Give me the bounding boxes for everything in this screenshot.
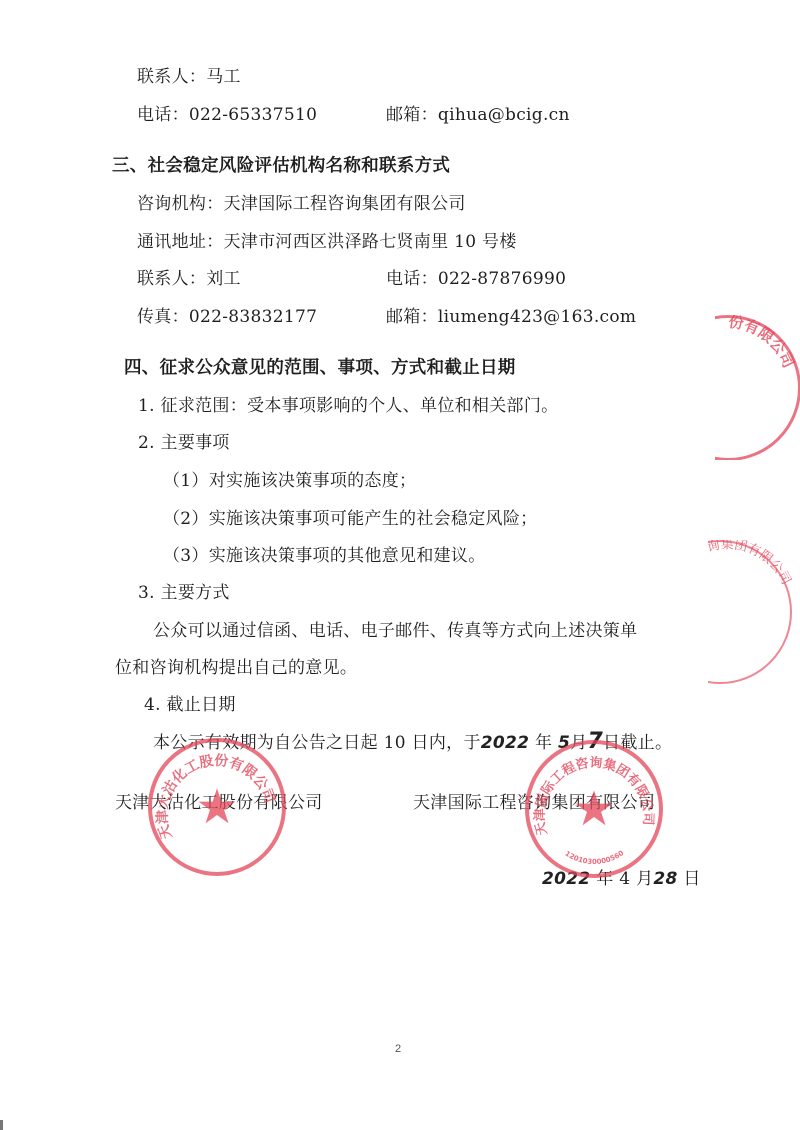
- scan-edge-mark: [0, 1120, 3, 1130]
- edge-seal-1: 份有限公司: [715, 315, 800, 460]
- signature-date: 2022 年 4 月28 日: [542, 868, 701, 890]
- date-year-unit: 年: [591, 869, 620, 889]
- deadline-day: 7: [587, 729, 603, 754]
- agency-name: 咨询机构：天津国际工程咨询集团有限公司: [137, 193, 466, 215]
- item-2-subitem: （2）实施该决策事项可能产生的社会稳定风险；: [163, 508, 537, 530]
- deadline-month: 5: [558, 733, 570, 753]
- email-2: 邮箱：liumeng423@163.com: [386, 306, 636, 328]
- deadline-prefix: 本公示有效期为自公告之日起 10 日内，于: [153, 733, 481, 753]
- signature-company-2: 天津国际工程咨询集团有限公司: [413, 792, 655, 814]
- contact-person-1: 联系人：马工: [137, 66, 241, 88]
- phone-1: 电话：022-65337510: [137, 104, 317, 126]
- edge-seal-2-text: 询集团有限公司: [708, 540, 792, 587]
- date-day-unit: 日: [678, 869, 701, 889]
- item-2-subitem: （1）对实施该决策事项的态度；: [163, 470, 416, 492]
- item-1-scope: 1. 征求范围：受本事项影响的个人、单位和相关部门。: [138, 395, 558, 417]
- item-3-text-line-2: 位和咨询机构提出自己的意见。: [115, 657, 357, 679]
- item-4-title: 4. 截止日期: [144, 694, 236, 716]
- phone-2: 电话：022-87876990: [386, 268, 566, 290]
- date-month-unit: 月: [630, 869, 653, 889]
- contact-person-2: 联系人：刘工: [137, 268, 241, 290]
- deadline-suffix: 日截止。: [603, 733, 672, 753]
- deadline-text: 本公示有效期为自公告之日起 10 日内，于2022 年 5月7日截止。: [153, 731, 672, 754]
- email-1: 邮箱：qihua@bcig.cn: [386, 104, 570, 126]
- section-3-heading: 三、社会稳定风险评估机构名称和联系方式: [112, 155, 450, 177]
- item-2-subitem: （3）实施该决策事项的其他意见和建议。: [163, 545, 486, 567]
- deadline-year-unit: 年: [529, 733, 558, 753]
- section-4-heading: 四、征求公众意见的范围、事项、方式和截止日期: [124, 357, 516, 379]
- date-day: 28: [653, 869, 677, 889]
- item-3-text-line-1: 公众可以通过信函、电话、电子邮件、传真等方式向上述决策单: [153, 620, 637, 642]
- deadline-month-unit: 月: [570, 733, 587, 753]
- item-3-title: 3. 主要方式: [138, 582, 230, 604]
- agency-address: 通讯地址：天津市河西区洪泽路七贤南里 10 号楼: [137, 231, 517, 253]
- item-2-title: 2. 主要事项: [138, 432, 230, 454]
- svg-text:1201030000560: 1201030000560: [563, 849, 625, 866]
- signature-company-1: 天津大沽化工股份有限公司: [115, 792, 323, 814]
- page-number: 2: [395, 1043, 401, 1055]
- date-year: 2022: [542, 869, 591, 889]
- edge-seal-1-text: 份有限公司: [727, 315, 797, 371]
- edge-seal-2: 询集团有限公司: [708, 540, 800, 690]
- svg-text:份有限公司: 份有限公司: [727, 315, 797, 371]
- svg-text:询集团有限公司: 询集团有限公司: [708, 540, 792, 587]
- deadline-year: 2022: [481, 733, 530, 753]
- date-month: 4: [619, 869, 630, 889]
- seal-2-number: 1201030000560: [563, 849, 625, 866]
- fax-2: 传真：022-83832177: [137, 306, 317, 328]
